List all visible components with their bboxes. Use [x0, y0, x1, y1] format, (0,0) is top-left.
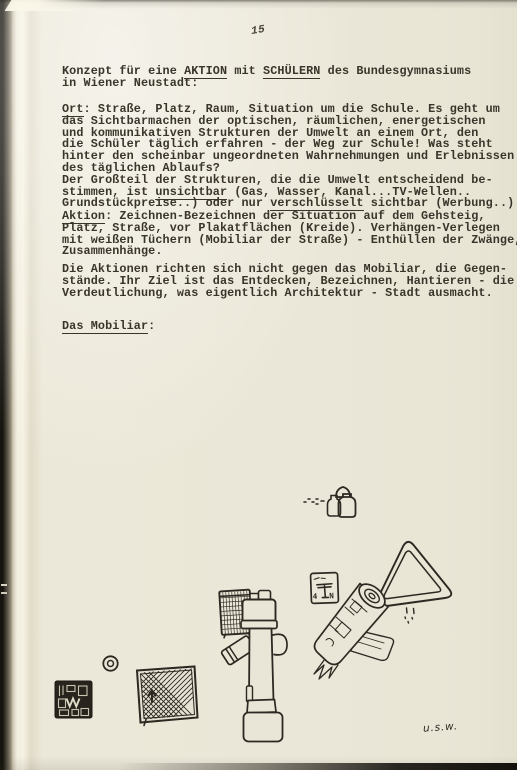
typed-line: Das Mobiliar:	[62, 321, 155, 333]
fire-hydrant-sketch	[219, 590, 287, 742]
warning-triangle-sketch	[376, 542, 451, 623]
usw-note: u.s.w.	[423, 720, 459, 734]
pavement-stamp-sketch	[55, 681, 92, 718]
typed-line: Verdeutlichung, was eigentlich Architekt…	[62, 288, 514, 300]
valve-ring-sketch	[103, 656, 117, 670]
wire-basket	[219, 590, 252, 638]
paragraph-title: Konzept für eine AKTION mit SCHÜLERN des…	[62, 66, 471, 90]
paragraph-ziel: Die Aktionen richten sich nicht gegen da…	[62, 264, 514, 299]
rolled-newspaper-sketch	[314, 579, 394, 679]
page-bottom-shadow	[118, 763, 517, 770]
paragraph-aktion: Aktion: Zeichnen-Bezeichnen der Situatio…	[62, 211, 517, 258]
sign-left-char: 4	[313, 592, 318, 601]
page-corner-highlight	[5, 0, 122, 11]
spray-bottles-sketch	[304, 487, 356, 517]
typed-line: in Wiener Neustadt:	[62, 78, 471, 90]
page-number: 15	[251, 24, 266, 39]
paragraph-ort: Ort: Straße, Platz, Raum, Situation um d…	[62, 104, 517, 210]
sign-right-char: N	[329, 591, 334, 600]
hydrant-indicator-sign-sketch: 4 N	[310, 573, 338, 604]
paragraph-mobiliar: Das Mobiliar:	[62, 321, 155, 333]
manhole-grate-sketch	[88, 659, 231, 729]
binding-mark	[1, 584, 7, 586]
scanned-document-page: 15 Konzept für eine AKTION mit SCHÜLERN …	[0, 0, 517, 770]
typed-line: Zusammenhänge.	[62, 246, 517, 258]
